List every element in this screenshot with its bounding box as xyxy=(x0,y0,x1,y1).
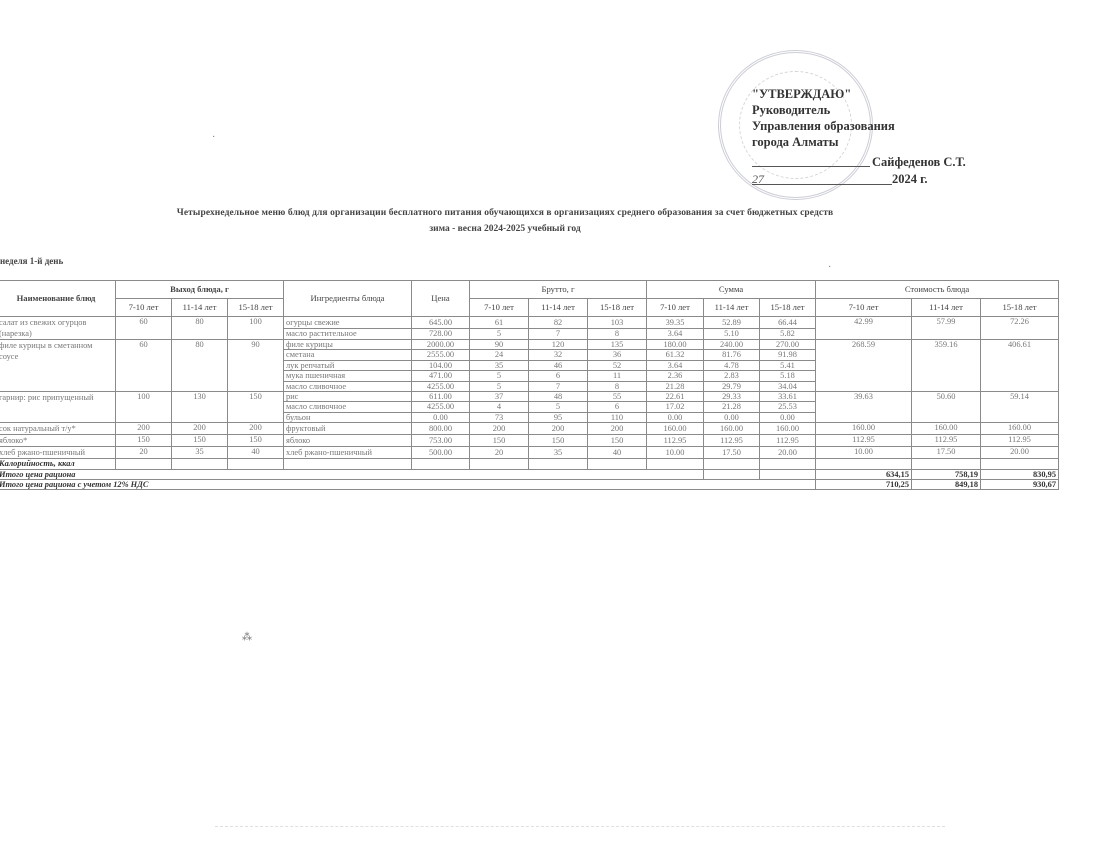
ingredient-gross: 46 xyxy=(529,360,588,370)
ingredient-sum: 3.64 xyxy=(647,328,704,340)
ingredient-gross: 150 xyxy=(529,435,588,447)
ingredient-sum: 0.00 xyxy=(704,412,760,422)
ingredient-sum: 2.36 xyxy=(647,371,704,381)
ingredient-gross: 150 xyxy=(588,435,647,447)
ingredient-gross: 5 xyxy=(470,328,529,340)
ingredient-sum: 66.44 xyxy=(760,317,816,329)
ingredient-gross: 7 xyxy=(529,381,588,391)
ingredient-gross: 4 xyxy=(470,402,529,412)
dish-name: сок натуральный т/у* xyxy=(0,423,116,435)
ingredient-gross: 8 xyxy=(588,328,647,340)
ingredient-sum: 5.10 xyxy=(704,328,760,340)
ingredient-price: 4255.00 xyxy=(412,381,470,391)
ingredient-sum: 17.50 xyxy=(704,447,760,459)
approval-position-2: Управления образования xyxy=(752,118,992,134)
dish-cost: 10.00 xyxy=(816,447,912,459)
empty-cell xyxy=(412,459,470,469)
ingredient-name: лук репчатый xyxy=(284,360,412,370)
signature-line xyxy=(752,166,870,167)
dish-cost: 72.26 xyxy=(981,317,1059,340)
ingredient-name: фруктовый xyxy=(284,423,412,435)
scan-speck: · xyxy=(828,262,831,273)
date-line xyxy=(752,184,892,185)
total-value: 758,19 xyxy=(912,469,981,479)
ingredient-sum: 91.98 xyxy=(760,350,816,360)
ingredient-name: масло сливочное xyxy=(284,381,412,391)
col-gross-age-1: 11-14 лет xyxy=(529,299,588,317)
col-sum-age-2: 15-18 лет xyxy=(760,299,816,317)
ingredient-sum: 240.00 xyxy=(704,340,760,350)
ingredient-price: 800.00 xyxy=(412,423,470,435)
ingredient-sum: 0.00 xyxy=(647,412,704,422)
ingredient-sum: 160.00 xyxy=(760,423,816,435)
dish-portion: 80 xyxy=(172,340,228,392)
empty-cell xyxy=(116,459,172,469)
ingredient-sum: 112.95 xyxy=(647,435,704,447)
col-gross-group: Брутто, г xyxy=(470,281,647,299)
dish-portion: 80 xyxy=(172,317,228,340)
ingredient-sum: 81.76 xyxy=(704,350,760,360)
total-value: 830,95 xyxy=(981,469,1059,479)
col-portion-group: Выход блюда, г xyxy=(116,281,284,299)
ingredient-sum: 10.00 xyxy=(647,447,704,459)
ingredient-gross: 11 xyxy=(588,371,647,381)
col-portion-age-2: 15-18 лет xyxy=(228,299,284,317)
ingredient-gross: 95 xyxy=(529,412,588,422)
ingredient-price: 471.00 xyxy=(412,371,470,381)
empty-cell xyxy=(981,459,1059,469)
col-gross-age-2: 15-18 лет xyxy=(588,299,647,317)
ingredient-gross: 55 xyxy=(588,392,647,402)
dish-cost: 160.00 xyxy=(981,423,1059,435)
scan-speck: ⁂ xyxy=(242,632,252,643)
ingredient-sum: 61.32 xyxy=(647,350,704,360)
dish-portion: 20 xyxy=(116,447,172,459)
ingredient-name: масло сливочное xyxy=(284,402,412,412)
dish-portion: 150 xyxy=(228,392,284,423)
ingredient-price: 500.00 xyxy=(412,447,470,459)
approval-block: "УТВЕРЖДАЮ" Руководитель Управления обра… xyxy=(752,86,992,150)
dish-portion: 150 xyxy=(172,435,228,447)
dish-cost: 17.50 xyxy=(912,447,981,459)
signatory-name: Сайфеденов С.Т. xyxy=(872,155,966,170)
empty-cell xyxy=(529,459,588,469)
ingredient-sum: 180.00 xyxy=(647,340,704,350)
ingredient-sum: 2.83 xyxy=(704,371,760,381)
ingredient-price: 104.00 xyxy=(412,360,470,370)
col-gross-age-0: 7-10 лет xyxy=(470,299,529,317)
dish-portion: 60 xyxy=(116,317,172,340)
ingredient-price: 4255.00 xyxy=(412,402,470,412)
dish-cost: 268.59 xyxy=(816,340,912,392)
ingredient-name: филе курицы xyxy=(284,340,412,350)
dish-name: хлеб ржано-пшеничный xyxy=(0,447,116,459)
dish-portion: 200 xyxy=(228,423,284,435)
total-vat-value: 710,25 xyxy=(816,480,912,490)
ingredient-gross: 35 xyxy=(529,447,588,459)
ingredient-sum: 34.04 xyxy=(760,381,816,391)
ingredient-gross: 8 xyxy=(588,381,647,391)
empty-cell xyxy=(172,459,228,469)
ingredient-gross: 37 xyxy=(470,392,529,402)
dish-cost: 39.63 xyxy=(816,392,912,423)
ingredient-sum: 270.00 xyxy=(760,340,816,350)
col-cost-age-0: 7-10 лет xyxy=(816,299,912,317)
ingredient-gross: 32 xyxy=(529,350,588,360)
ingredient-sum: 29.33 xyxy=(704,392,760,402)
col-sum-age-0: 7-10 лет xyxy=(647,299,704,317)
dish-name: гарнир: рис припущенный xyxy=(0,392,116,423)
scan-speck: · xyxy=(212,132,215,143)
ingredient-sum: 25.53 xyxy=(760,402,816,412)
approval-position-1: Руководитель xyxy=(752,102,992,118)
empty-cell xyxy=(470,459,529,469)
dish-portion: 60 xyxy=(116,340,172,392)
col-price: Цена xyxy=(412,281,470,317)
col-cost-age-2: 15-18 лет xyxy=(981,299,1059,317)
calories-label: Калорийность, ккал xyxy=(0,459,116,469)
ingredient-gross: 7 xyxy=(529,328,588,340)
ingredient-gross: 24 xyxy=(470,350,529,360)
ingredient-name: бульон xyxy=(284,412,412,422)
ingredient-name: сметана xyxy=(284,350,412,360)
empty-cell xyxy=(704,459,760,469)
ingredient-sum: 5.18 xyxy=(760,371,816,381)
dish-cost: 406.61 xyxy=(981,340,1059,392)
col-cost-age-1: 11-14 лет xyxy=(912,299,981,317)
ingredient-price: 2555.00 xyxy=(412,350,470,360)
ingredient-name: яблоко xyxy=(284,435,412,447)
ingredient-gross: 150 xyxy=(470,435,529,447)
dish-portion: 200 xyxy=(116,423,172,435)
ingredient-gross: 200 xyxy=(470,423,529,435)
dish-cost: 359.16 xyxy=(912,340,981,392)
total-value: 634,15 xyxy=(816,469,912,479)
empty-cell xyxy=(816,459,912,469)
total-vat-label: Итого цена рациона с учетом 12% НДС xyxy=(0,480,816,490)
ingredient-gross: 200 xyxy=(529,423,588,435)
ingredient-sum: 29.79 xyxy=(704,381,760,391)
dish-portion: 150 xyxy=(116,435,172,447)
ingredient-sum: 0.00 xyxy=(760,412,816,422)
table-row: хлеб ржано-пшеничный203540хлеб ржано-пше… xyxy=(0,447,1059,459)
ingredient-sum: 17.02 xyxy=(647,402,704,412)
ingredient-sum: 52.89 xyxy=(704,317,760,329)
table-row: сок натуральный т/у*200200200фруктовый80… xyxy=(0,423,1059,435)
dish-portion: 40 xyxy=(228,447,284,459)
col-sum-group: Сумма xyxy=(647,281,816,299)
document-title: Четырехнедельное меню блюд для организац… xyxy=(0,208,1010,218)
ingredient-price: 753.00 xyxy=(412,435,470,447)
ingredient-sum: 5.41 xyxy=(760,360,816,370)
ingredient-sum: 22.61 xyxy=(647,392,704,402)
ingredient-name: рис xyxy=(284,392,412,402)
ingredient-sum: 33.61 xyxy=(760,392,816,402)
ingredient-gross: 135 xyxy=(588,340,647,350)
total-vat-row: Итого цена рациона с учетом 12% НДС710,2… xyxy=(0,480,1059,490)
col-sum-age-1: 11-14 лет xyxy=(704,299,760,317)
ingredient-gross: 73 xyxy=(470,412,529,422)
empty-cell xyxy=(228,459,284,469)
ingredient-sum: 112.95 xyxy=(760,435,816,447)
ingredient-sum: 160.00 xyxy=(704,423,760,435)
table-row: салат из свежих огурцов (нарезка)6080100… xyxy=(0,317,1059,329)
total-label: Итого цена рациона xyxy=(0,469,704,479)
dish-cost: 59.14 xyxy=(981,392,1059,423)
dish-portion: 100 xyxy=(228,317,284,340)
ingredient-gross: 5 xyxy=(470,381,529,391)
dish-cost: 112.95 xyxy=(912,435,981,447)
ingredient-sum: 112.95 xyxy=(704,435,760,447)
ingredient-sum: 160.00 xyxy=(647,423,704,435)
approval-heading: "УТВЕРЖДАЮ" xyxy=(752,86,992,102)
ingredient-gross: 40 xyxy=(588,447,647,459)
table-row: гарнир: рис припущенный100130150рис611.0… xyxy=(0,392,1059,402)
dish-portion: 90 xyxy=(228,340,284,392)
ingredient-sum: 21.28 xyxy=(704,402,760,412)
empty-cell xyxy=(912,459,981,469)
empty-cell xyxy=(760,469,816,479)
ingredient-gross: 61 xyxy=(470,317,529,329)
ingredient-name: огурцы свежие xyxy=(284,317,412,329)
ingredient-price: 2000.00 xyxy=(412,340,470,350)
dish-portion: 35 xyxy=(172,447,228,459)
ingredient-gross: 120 xyxy=(529,340,588,350)
ingredient-price: 611.00 xyxy=(412,392,470,402)
approval-year: 2024 г. xyxy=(892,172,928,187)
empty-cell xyxy=(704,469,760,479)
ingredient-gross: 36 xyxy=(588,350,647,360)
total-vat-value: 849,18 xyxy=(912,480,981,490)
ingredient-sum: 4.78 xyxy=(704,360,760,370)
ingredient-sum: 21.28 xyxy=(647,381,704,391)
ingredient-gross: 20 xyxy=(470,447,529,459)
col-cost-group: Стоимость блюда xyxy=(816,281,1059,299)
calories-row: Калорийность, ккал xyxy=(0,459,1059,469)
ingredient-name: хлеб ржано-пшеничный xyxy=(284,447,412,459)
ingredient-name: мука пшеничная xyxy=(284,371,412,381)
dish-portion: 150 xyxy=(228,435,284,447)
ingredient-name: масло растительное xyxy=(284,328,412,340)
document-subtitle: зима - весна 2024-2025 учебный год xyxy=(0,224,1010,234)
ingredient-gross: 5 xyxy=(470,371,529,381)
dish-cost: 50.60 xyxy=(912,392,981,423)
total-row: Итого цена рациона634,15758,19830,95 xyxy=(0,469,1059,479)
ingredient-gross: 90 xyxy=(470,340,529,350)
dish-name: филе курицы в сметанном соусе xyxy=(0,340,116,392)
table-row: яблоко*150150150яблоко753.00150150150112… xyxy=(0,435,1059,447)
dish-cost: 57.99 xyxy=(912,317,981,340)
dish-cost: 160.00 xyxy=(912,423,981,435)
ingredient-gross: 35 xyxy=(470,360,529,370)
col-dish-name: Наименование блюд xyxy=(0,281,116,317)
ingredient-gross: 110 xyxy=(588,412,647,422)
dish-cost: 42.99 xyxy=(816,317,912,340)
col-portion-age-0: 7-10 лет xyxy=(116,299,172,317)
dish-portion: 100 xyxy=(116,392,172,423)
ingredient-price: 645.00 xyxy=(412,317,470,329)
scan-edge-line xyxy=(215,826,945,827)
dish-cost: 20.00 xyxy=(981,447,1059,459)
empty-cell xyxy=(760,459,816,469)
ingredient-gross: 82 xyxy=(529,317,588,329)
ingredient-gross: 6 xyxy=(529,371,588,381)
menu-table: Наименование блюд Выход блюда, г Ингреди… xyxy=(0,280,1059,490)
ingredient-sum: 5.82 xyxy=(760,328,816,340)
dish-name: салат из свежих огурцов (нарезка) xyxy=(0,317,116,340)
ingredient-price: 728.00 xyxy=(412,328,470,340)
approval-position-3: города Алматы xyxy=(752,134,992,150)
ingredient-gross: 6 xyxy=(588,402,647,412)
col-portion-age-1: 11-14 лет xyxy=(172,299,228,317)
empty-cell xyxy=(284,459,412,469)
empty-cell xyxy=(588,459,647,469)
dish-cost: 112.95 xyxy=(816,435,912,447)
ingredient-sum: 39.35 xyxy=(647,317,704,329)
ingredient-gross: 5 xyxy=(529,402,588,412)
dish-name: яблоко* xyxy=(0,435,116,447)
ingredient-sum: 3.64 xyxy=(647,360,704,370)
approval-date-handwritten: 27 xyxy=(752,172,764,187)
table-row: филе курицы в сметанном соусе608090филе … xyxy=(0,340,1059,350)
empty-cell xyxy=(647,459,704,469)
dish-portion: 200 xyxy=(172,423,228,435)
dish-cost: 112.95 xyxy=(981,435,1059,447)
dish-cost: 160.00 xyxy=(816,423,912,435)
total-vat-value: 930,67 xyxy=(981,480,1059,490)
ingredient-price: 0.00 xyxy=(412,412,470,422)
ingredient-gross: 52 xyxy=(588,360,647,370)
col-ingredients: Ингредиенты блюда xyxy=(284,281,412,317)
dish-portion: 130 xyxy=(172,392,228,423)
day-header: неделя 1-й день xyxy=(0,256,63,266)
ingredient-sum: 20.00 xyxy=(760,447,816,459)
ingredient-gross: 48 xyxy=(529,392,588,402)
ingredient-gross: 103 xyxy=(588,317,647,329)
ingredient-gross: 200 xyxy=(588,423,647,435)
